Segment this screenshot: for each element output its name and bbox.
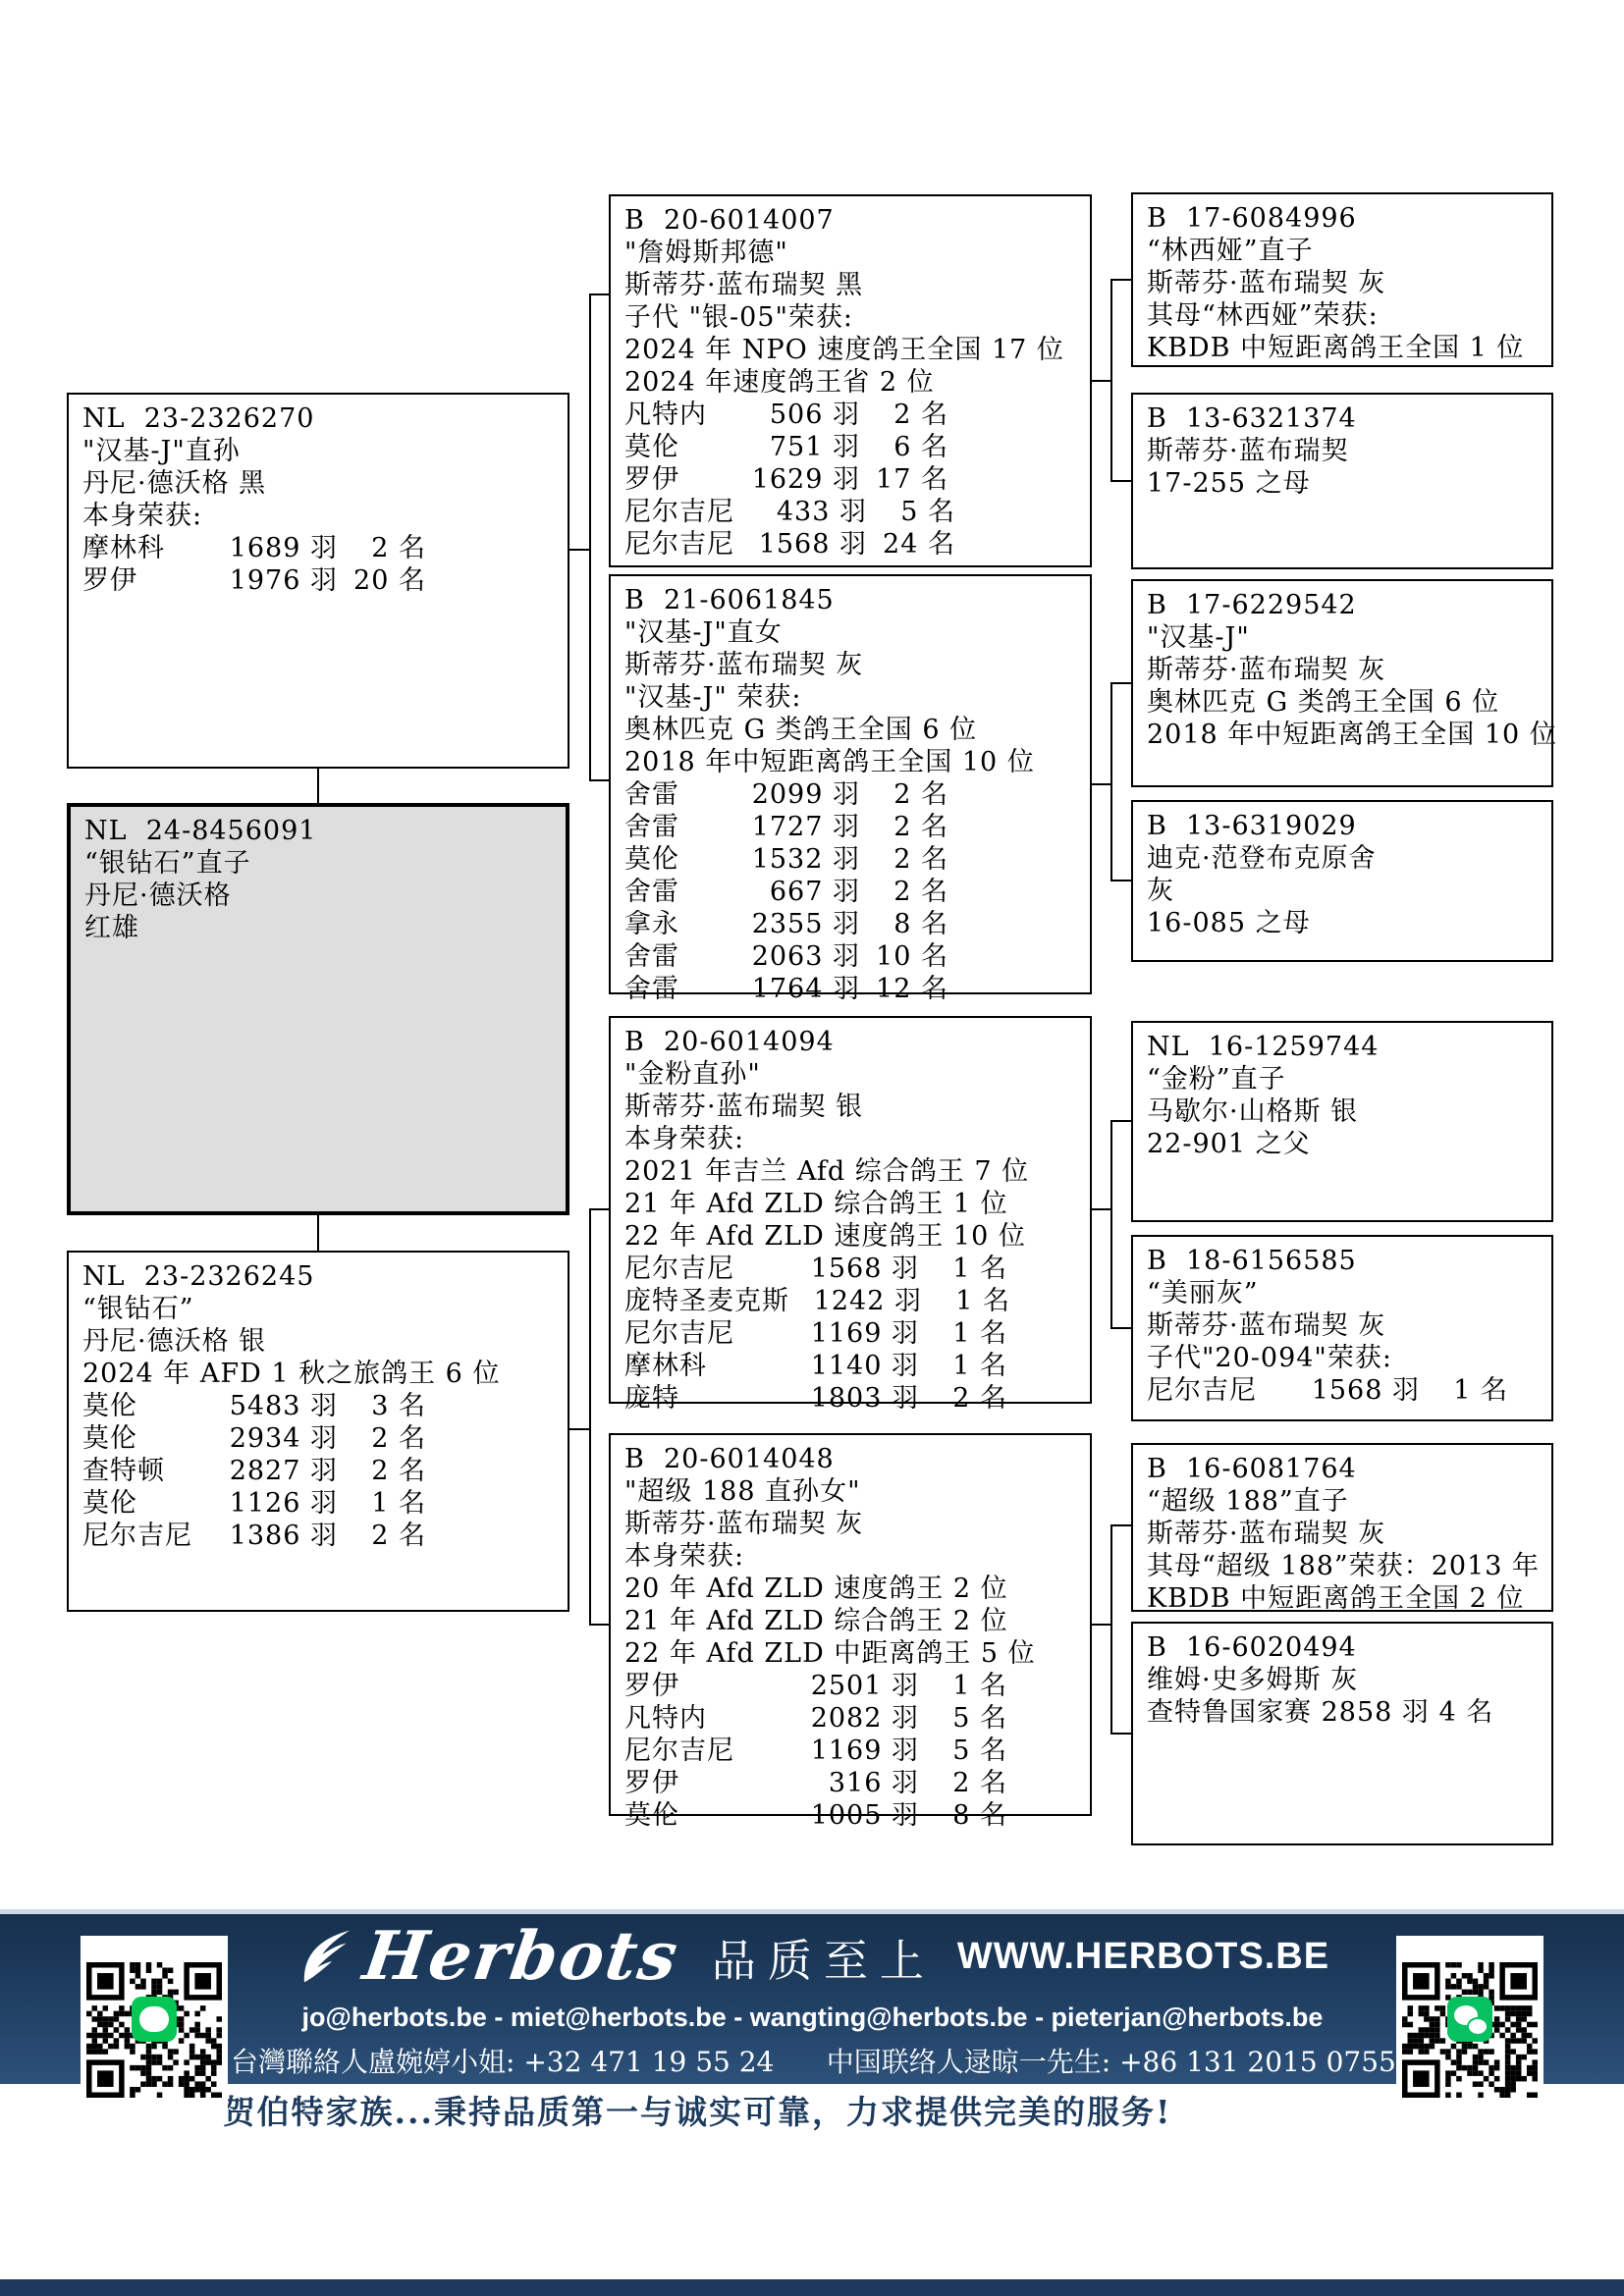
result-row: 尼尔吉尼1169 羽5 名	[624, 1735, 1076, 1767]
rank: 8 名	[860, 908, 948, 940]
text-line: KBDB 中短距离鸽王全国 2 位	[1147, 1582, 1538, 1615]
text-line: 斯蒂芬·蓝布瑞契	[1147, 435, 1538, 467]
race: 舍雷	[624, 778, 728, 811]
text-line: B 18-6156585	[1147, 1245, 1538, 1277]
race: 莫伦	[82, 1487, 205, 1520]
birds: 2063 羽	[728, 940, 860, 973]
race: 舍雷	[624, 811, 728, 843]
pedigree-box-great-grandparent-3: B 17-6229542"汉基-J"斯蒂芬·蓝布瑞契 灰奥林匹克 G 类鸽王全国…	[1131, 579, 1553, 787]
text-line: “金粉”直子	[1147, 1063, 1538, 1095]
rank: 12 名	[860, 973, 948, 1005]
result-row: 舍雷1764 羽12 名	[624, 973, 1076, 1005]
birds: 1140 羽	[786, 1350, 919, 1382]
result-row: 庞特圣麦克斯1242 羽1 名	[624, 1285, 1076, 1317]
rank: 3 名	[338, 1390, 426, 1422]
line-icon	[132, 1997, 177, 2042]
footer-contacts: 台灣聯絡人盧婉婷小姐: +32 471 19 55 24 中国联络人逯晾一先生:…	[231, 2041, 1394, 2080]
rank: 2 名	[860, 399, 948, 431]
birds: 433 羽	[734, 496, 867, 528]
pedigree-box-granddam-paternal: B 21-6061845"汉基-J"直女斯蒂芬·蓝布瑞契 灰"汉基-J" 荣获:…	[609, 574, 1092, 994]
result-row: 尼尔吉尼1568 羽1 名	[1147, 1374, 1538, 1407]
rank: 1 名	[919, 1350, 1007, 1382]
text-line: 奥林匹克 G 类鸽王全国 6 位	[1147, 686, 1538, 719]
text-line: B 20-6014048	[624, 1443, 1076, 1475]
rank: 20 名	[338, 564, 426, 597]
result-row: 尼尔吉尼1169 羽1 名	[624, 1317, 1076, 1350]
birds: 2082 羽	[786, 1702, 919, 1735]
rank: 5 名	[919, 1702, 1007, 1735]
rank: 2 名	[338, 1520, 426, 1552]
birds: 2501 羽	[786, 1670, 919, 1702]
birds: 1242 羽	[789, 1285, 922, 1317]
text-line: 2021 年吉兰 Afd 综合鸽王 7 位	[624, 1155, 1076, 1188]
wechat-qr-code	[1396, 1936, 1543, 2124]
text-line: B 20-6014007	[624, 204, 1076, 237]
text-line: B 16-6081764	[1147, 1453, 1538, 1485]
rank: 6 名	[860, 431, 948, 463]
race: 舍雷	[624, 973, 728, 1005]
footer-website: WWW.HERBOTS.BE	[957, 1936, 1329, 1978]
text-line: 2018 年中短距离鸽王全国 10 位	[624, 746, 1076, 778]
text-line: 马歇尔·山格斯 银	[1147, 1095, 1538, 1128]
text-line: B 20-6014094	[624, 1026, 1076, 1058]
text-line: 21 年 Afd ZLD 综合鸽王 2 位	[624, 1605, 1076, 1637]
birds: 2355 羽	[728, 908, 860, 940]
rank: 5 名	[867, 496, 955, 528]
bottom-strip	[0, 2279, 1624, 2296]
text-line: 丹尼·德沃格 黑	[82, 467, 554, 500]
result-row: 庞特1803 羽2 名	[624, 1382, 1076, 1415]
text-line: 本身荣获:	[82, 500, 554, 532]
text-line: “超级 188”直子	[1147, 1485, 1538, 1518]
text-line: NL 23-2326270	[82, 402, 554, 435]
herbots-logo-row: Herbots 品质至上 WWW.HERBOTS.BE	[231, 1914, 1394, 1999]
text-line: 16-085 之母	[1147, 907, 1538, 939]
text-line: B 21-6061845	[624, 584, 1076, 616]
birds: 1126 羽	[205, 1487, 338, 1520]
rank: 1 名	[922, 1285, 1010, 1317]
text-line: 17-255 之母	[1147, 467, 1538, 500]
text-line: 2024 年 AFD 1 秋之旅鸽王 6 位	[82, 1358, 554, 1390]
birds: 1568 羽	[1287, 1374, 1420, 1407]
rank: 24 名	[867, 528, 955, 561]
birds: 667 羽	[728, 876, 860, 908]
result-row: 罗伊1629 羽17 名	[624, 463, 1076, 496]
race: 尼尔吉尼	[624, 528, 734, 561]
race: 尼尔吉尼	[82, 1520, 205, 1552]
result-row: 尼尔吉尼1568 羽1 名	[624, 1253, 1076, 1285]
race: 罗伊	[624, 1767, 786, 1799]
footer-slogan: 贺伯特家族...秉持品质第一与诚实可靠，力求提供完美的服务!	[167, 2087, 1227, 2133]
text-line: 斯蒂芬·蓝布瑞契 灰	[624, 1508, 1076, 1540]
text-line: "汉基-J"	[1147, 621, 1538, 654]
text-line: 本身荣获:	[624, 1123, 1076, 1155]
race: 摩林科	[82, 532, 205, 564]
text-line: 22 年 Afd ZLD 中距离鸽王 5 位	[624, 1637, 1076, 1670]
result-row: 查特顿2827 羽2 名	[82, 1455, 554, 1487]
result-row: 莫伦5483 羽3 名	[82, 1390, 554, 1422]
race: 凡特内	[624, 399, 728, 431]
text-line: NL 23-2326245	[82, 1260, 554, 1293]
result-row: 摩林科1689 羽2 名	[82, 532, 554, 564]
result-row: 罗伊1976 羽20 名	[82, 564, 554, 597]
race: 庞特	[624, 1382, 786, 1415]
text-line: “林西娅”直子	[1147, 235, 1538, 267]
rank: 2 名	[919, 1382, 1007, 1415]
birds: 1689 羽	[205, 532, 338, 564]
birds: 1532 羽	[728, 843, 860, 876]
rank: 8 名	[919, 1799, 1007, 1832]
race: 庞特圣麦克斯	[624, 1285, 789, 1317]
result-row: 凡特内2082 羽5 名	[624, 1702, 1076, 1735]
pedigree-box-grandsire-paternal: B 20-6014007"詹姆斯邦德"斯蒂芬·蓝布瑞契 黑子代 "银-05"荣获…	[609, 194, 1092, 567]
text-line: NL 24-8456091	[84, 815, 552, 847]
race: 尼尔吉尼	[624, 1253, 786, 1285]
result-row: 拿永2355 羽8 名	[624, 908, 1076, 940]
rank: 2 名	[919, 1767, 1007, 1799]
birds: 2934 羽	[205, 1422, 338, 1455]
birds: 5483 羽	[205, 1390, 338, 1422]
birds: 2827 羽	[205, 1455, 338, 1487]
birds: 1629 羽	[728, 463, 860, 496]
race: 尼尔吉尼	[1147, 1374, 1287, 1407]
text-line: 子代"20-094"荣获:	[1147, 1342, 1538, 1374]
pedigree-box-great-grandparent-8: B 16-6020494维姆·史多姆斯 灰查特鲁国家赛 2858 羽 4 名	[1131, 1622, 1553, 1845]
race: 罗伊	[624, 463, 728, 496]
text-line: 斯蒂芬·蓝布瑞契 灰	[624, 649, 1076, 681]
text-line: 斯蒂芬·蓝布瑞契 灰	[1147, 654, 1538, 686]
text-line: NL 16-1259744	[1147, 1031, 1538, 1063]
text-line: "金粉直孙"	[624, 1058, 1076, 1091]
rank: 1 名	[919, 1317, 1007, 1350]
text-line: “美丽灰”	[1147, 1277, 1538, 1309]
text-line: 丹尼·德沃格	[84, 880, 552, 912]
herbots-logo-text: Herbots	[358, 1917, 683, 1996]
birds: 1727 羽	[728, 811, 860, 843]
result-row: 莫伦1005 羽8 名	[624, 1799, 1076, 1832]
pedigree-box-grandsire-maternal: B 20-6014094"金粉直孙"斯蒂芬·蓝布瑞契 银本身荣获:2021 年吉…	[609, 1016, 1092, 1404]
result-row: 莫伦1532 羽2 名	[624, 843, 1076, 876]
rank: 2 名	[860, 811, 948, 843]
result-row: 舍雷2063 羽10 名	[624, 940, 1076, 973]
birds: 1568 羽	[786, 1253, 919, 1285]
result-row: 尼尔吉尼1386 羽2 名	[82, 1520, 554, 1552]
text-line: "汉基-J"直孙	[82, 435, 554, 467]
rank: 2 名	[860, 876, 948, 908]
result-row: 舍雷2099 羽2 名	[624, 778, 1076, 811]
result-row: 罗伊316 羽2 名	[624, 1767, 1076, 1799]
result-row: 舍雷667 羽2 名	[624, 876, 1076, 908]
text-line: "汉基-J" 荣获:	[624, 681, 1076, 714]
rank: 2 名	[338, 1455, 426, 1487]
footer-emails: jo@herbots.be - miet@herbots.be - wangti…	[231, 2002, 1394, 2033]
pedigree-box-great-grandparent-1: B 17-6084996“林西娅”直子斯蒂芬·蓝布瑞契 灰其母“林西娅”荣获:K…	[1131, 192, 1553, 367]
text-line: 22 年 Afd ZLD 速度鸽王 10 位	[624, 1220, 1076, 1253]
pedigree-box-great-grandparent-7: B 16-6081764“超级 188”直子斯蒂芬·蓝布瑞契 灰其母“超级 18…	[1131, 1443, 1553, 1612]
pedigree-box-great-grandparent-4: B 13-6319029迪克·范登布克原舍灰16-085 之母	[1131, 800, 1553, 962]
text-line: 斯蒂芬·蓝布瑞契 黑	[624, 269, 1076, 301]
text-line: B 16-6020494	[1147, 1631, 1538, 1664]
text-line: 斯蒂芬·蓝布瑞契 灰	[1147, 1309, 1538, 1342]
text-line: 斯蒂芬·蓝布瑞契 灰	[1147, 1518, 1538, 1550]
text-line: “银钻石”	[82, 1293, 554, 1325]
pedigree-box-great-grandparent-2: B 13-6321374斯蒂芬·蓝布瑞契17-255 之母	[1131, 393, 1553, 569]
pedigree-box-great-grandparent-6: B 18-6156585“美丽灰”斯蒂芬·蓝布瑞契 灰子代"20-094"荣获:…	[1131, 1235, 1553, 1421]
birds: 1976 羽	[205, 564, 338, 597]
text-line: B 13-6321374	[1147, 402, 1538, 435]
text-line: B 17-6229542	[1147, 589, 1538, 621]
text-line: 斯蒂芬·蓝布瑞契 银	[624, 1091, 1076, 1123]
text-line: 21 年 Afd ZLD 综合鸽王 1 位	[624, 1188, 1076, 1220]
text-line: B 13-6319029	[1147, 810, 1538, 842]
text-line: 丹尼·德沃格 银	[82, 1325, 554, 1358]
race: 尼尔吉尼	[624, 496, 734, 528]
race: 尼尔吉尼	[624, 1317, 786, 1350]
result-row: 莫伦2934 羽2 名	[82, 1422, 554, 1455]
result-row: 罗伊2501 羽1 名	[624, 1670, 1076, 1702]
birds: 506 羽	[728, 399, 860, 431]
rank: 1 名	[919, 1253, 1007, 1285]
pedigree-box-father: NL 23-2326270"汉基-J"直孙丹尼·德沃格 黑本身荣获:摩林科168…	[67, 393, 569, 769]
birds: 1169 羽	[786, 1317, 919, 1350]
result-row: 舍雷1727 羽2 名	[624, 811, 1076, 843]
footer-content: Herbots 品质至上 WWW.HERBOTS.BE jo@herbots.b…	[231, 1914, 1394, 2080]
birds: 1169 羽	[786, 1735, 919, 1767]
race: 凡特内	[624, 1702, 786, 1735]
rank: 5 名	[919, 1735, 1007, 1767]
text-line: B 17-6084996	[1147, 202, 1538, 235]
text-line: “银钻石”直子	[84, 847, 552, 880]
race: 莫伦	[624, 1799, 786, 1832]
text-line: KBDB 中短距离鸽王全国 1 位	[1147, 332, 1538, 364]
text-line: 灰	[1147, 875, 1538, 907]
birds: 1005 羽	[786, 1799, 919, 1832]
race: 拿永	[624, 908, 728, 940]
result-row: 凡特内506 羽2 名	[624, 399, 1076, 431]
text-line: 2018 年中短距离鸽王全国 10 位	[1147, 719, 1538, 751]
rank: 1 名	[919, 1670, 1007, 1702]
birds: 751 羽	[728, 431, 860, 463]
race: 摩林科	[624, 1350, 786, 1382]
race: 莫伦	[82, 1390, 205, 1422]
race: 舍雷	[624, 876, 728, 908]
pedigree-box-great-grandparent-5: NL 16-1259744“金粉”直子马歇尔·山格斯 银22-901 之父	[1131, 1021, 1553, 1222]
race: 莫伦	[624, 843, 728, 876]
result-row: 尼尔吉尼433 羽5 名	[624, 496, 1076, 528]
race: 罗伊	[624, 1670, 786, 1702]
rank: 1 名	[338, 1487, 426, 1520]
pedigree-box-granddam-maternal: B 20-6014048"超级 188 直孙女"斯蒂芬·蓝布瑞契 灰本身荣获:2…	[609, 1433, 1092, 1816]
race: 莫伦	[624, 431, 728, 463]
rank: 2 名	[860, 778, 948, 811]
text-line: "超级 188 直孙女"	[624, 1475, 1076, 1508]
wechat-icon	[1447, 1997, 1492, 2042]
rank: 17 名	[860, 463, 948, 496]
text-line: 本身荣获:	[624, 1540, 1076, 1573]
rank: 2 名	[338, 532, 426, 564]
text-line: 红雄	[84, 912, 552, 944]
pedigree-box-mother: NL 23-2326245“银钻石”丹尼·德沃格 银2024 年 AFD 1 秋…	[67, 1251, 569, 1612]
text-line: 查特鲁国家赛 2858 羽 4 名	[1147, 1696, 1538, 1729]
text-line: 斯蒂芬·蓝布瑞契 灰	[1147, 267, 1538, 299]
result-row: 莫伦1126 羽1 名	[82, 1487, 554, 1520]
text-line: 其母“林西娅”荣获:	[1147, 299, 1538, 332]
text-line: 奥林匹克 G 类鸽王全国 6 位	[624, 714, 1076, 746]
result-row: 摩林科1140 羽1 名	[624, 1350, 1076, 1382]
text-line: 维姆·史多姆斯 灰	[1147, 1664, 1538, 1696]
text-line: 子代 "银-05"荣获:	[624, 301, 1076, 334]
footer-tagline: 品质至上	[712, 1925, 936, 1989]
text-line: 20 年 Afd ZLD 速度鸽王 2 位	[624, 1573, 1076, 1605]
text-line: 迪克·范登布克原舍	[1147, 842, 1538, 875]
result-row: 尼尔吉尼1568 羽24 名	[624, 528, 1076, 561]
race: 舍雷	[624, 940, 728, 973]
text-line: "汉基-J"直女	[624, 616, 1076, 649]
race: 莫伦	[82, 1422, 205, 1455]
race: 罗伊	[82, 564, 205, 597]
text-line: 2024 年 NPO 速度鸽王全国 17 位	[624, 334, 1076, 366]
birds: 1386 羽	[205, 1520, 338, 1552]
birds: 1764 羽	[728, 973, 860, 1005]
line-qr-code	[81, 1936, 228, 2124]
race: 尼尔吉尼	[624, 1735, 786, 1767]
rank: 2 名	[860, 843, 948, 876]
result-row: 莫伦751 羽6 名	[624, 431, 1076, 463]
race: 查特顿	[82, 1455, 205, 1487]
rank: 1 名	[1420, 1374, 1508, 1407]
text-line: 其母“超级 188”荣获：2013 年	[1147, 1550, 1538, 1582]
birds: 316 羽	[786, 1767, 919, 1799]
rank: 2 名	[338, 1422, 426, 1455]
text-line: 22-901 之父	[1147, 1128, 1538, 1160]
rank: 10 名	[860, 940, 948, 973]
birds: 1803 羽	[786, 1382, 919, 1415]
pedigree-box-subject: NL 24-8456091“银钻石”直子丹尼·德沃格红雄	[67, 803, 569, 1215]
text-line: "詹姆斯邦德"	[624, 237, 1076, 269]
birds: 1568 羽	[734, 528, 867, 561]
feather-icon	[291, 1926, 362, 1987]
text-line: 2024 年速度鸽王省 2 位	[624, 366, 1076, 399]
birds: 2099 羽	[728, 778, 860, 811]
